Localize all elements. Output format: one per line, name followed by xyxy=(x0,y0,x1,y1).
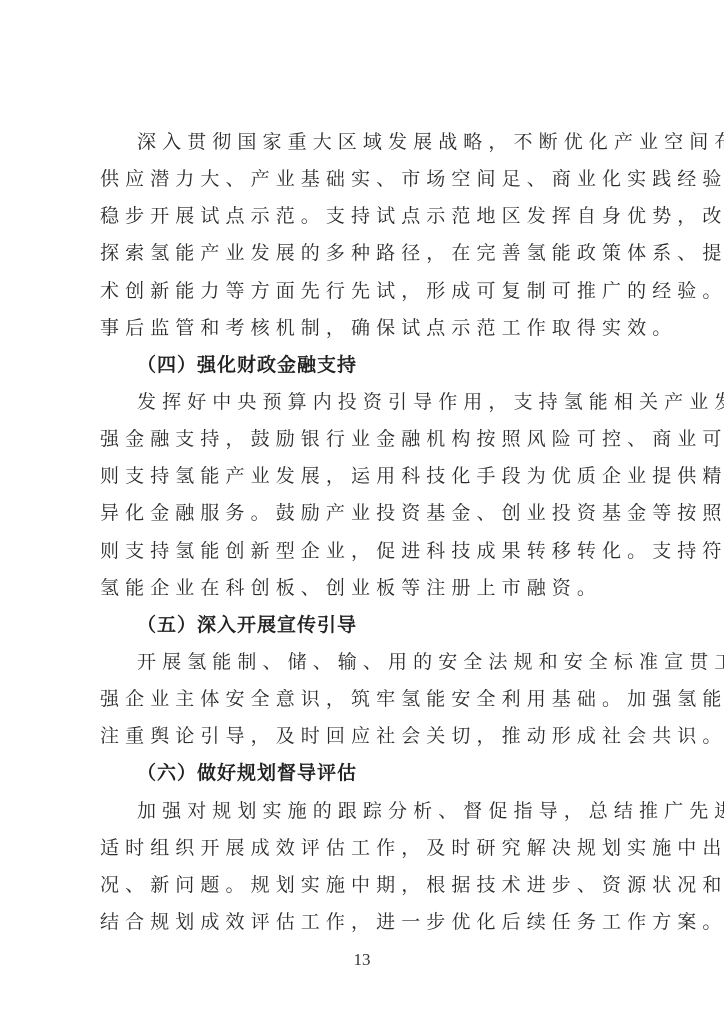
paragraph-line: 开展氢能制、储、输、用的安全法规和安全标准宣贯工作，增 xyxy=(100,644,627,681)
paragraph-line: 适时组织开展成效评估工作，及时研究解决规划实施中出现的新情 xyxy=(100,830,627,867)
paragraph-line: 氢能企业在科创板、创业板等注册上市融资。 xyxy=(100,570,627,607)
paragraph-line: 则支持氢能创新型企业，促进科技成果转移转化。支持符合条件的 xyxy=(100,533,627,570)
paragraph-publicity-guidance: 开展氢能制、储、输、用的安全法规和安全标准宣贯工作，增 强企业主体安全意识，筑牢… xyxy=(100,644,627,755)
paragraph-line: 术创新能力等方面先行先试，形成可复制可推广的经验。建立事中 xyxy=(100,273,627,310)
paragraph-line: 强企业主体安全意识，筑牢氢能安全利用基础。加强氢能科普宣传， xyxy=(100,681,627,718)
paragraph-line: 则支持氢能产业发展，运用科技化手段为优质企业提供精准化、差 xyxy=(100,458,627,495)
paragraph-line: 异化金融服务。鼓励产业投资基金、创业投资基金等按照市场化原 xyxy=(100,495,627,532)
paragraph-line: 供应潜力大、产业基础实、市场空间足、商业化实践经验多的地区 xyxy=(100,161,627,198)
section-heading-fiscal-financial-support: （四）强化财政金融支持 xyxy=(100,347,627,384)
section-heading-plan-supervision: （六）做好规划督导评估 xyxy=(100,755,627,792)
section-heading-publicity-guidance: （五）深入开展宣传引导 xyxy=(100,607,627,644)
paragraph-fiscal-financial-support: 发挥好中央预算内投资引导作用，支持氢能相关产业发展。加 强金融支持，鼓励银行业金… xyxy=(100,384,627,607)
paragraph-line: 事后监管和考核机制，确保试点示范工作取得实效。 xyxy=(100,310,627,347)
paragraph-plan-supervision: 加强对规划实施的跟踪分析、督促指导，总结推广先进经验， 适时组织开展成效评估工作… xyxy=(100,793,627,942)
paragraph-line: 探索氢能产业发展的多种路径，在完善氢能政策体系、提升关键技 xyxy=(100,235,627,272)
paragraph-line: 况、新问题。规划实施中期，根据技术进步、资源状况和发展需要， xyxy=(100,867,627,904)
document-page: 深入贯彻国家重大区域发展战略，不断优化产业空间布局，在 供应潜力大、产业基础实、… xyxy=(0,0,724,1024)
paragraph-line: 结合规划成效评估工作，进一步优化后续任务工作方案。 xyxy=(100,904,627,941)
document-body: 深入贯彻国家重大区域发展战略，不断优化产业空间布局，在 供应潜力大、产业基础实、… xyxy=(100,124,627,941)
paragraph-line: 发挥好中央预算内投资引导作用，支持氢能相关产业发展。加 xyxy=(100,384,627,421)
paragraph-line: 强金融支持，鼓励银行业金融机构按照风险可控、商业可持续性原 xyxy=(100,421,627,458)
paragraph-pilot-demonstration: 深入贯彻国家重大区域发展战略，不断优化产业空间布局，在 供应潜力大、产业基础实、… xyxy=(100,124,627,347)
page-number: 13 xyxy=(0,950,724,970)
paragraph-line: 稳步开展试点示范。支持试点示范地区发挥自身优势，改革创新， xyxy=(100,198,627,235)
paragraph-line: 注重舆论引导，及时回应社会关切，推动形成社会共识。 xyxy=(100,718,627,755)
paragraph-line: 加强对规划实施的跟踪分析、督促指导，总结推广先进经验， xyxy=(100,793,627,830)
paragraph-line: 深入贯彻国家重大区域发展战略，不断优化产业空间布局，在 xyxy=(100,124,627,161)
